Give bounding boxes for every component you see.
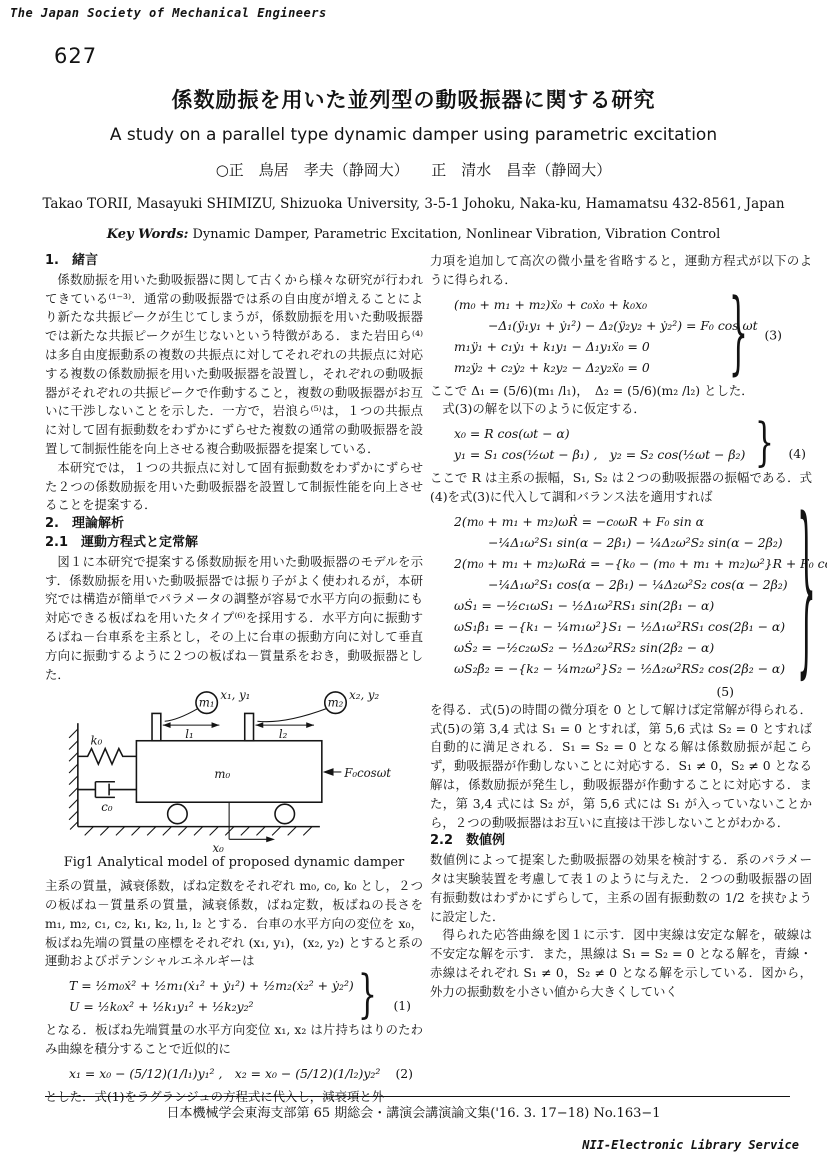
right-column: 力項を追加して高次の微小量を省略すると，運動方程式が以下のように得られる． (m… [430, 252, 812, 1002]
equation-5-line: −¼Δ₁ω²S₁ sin(α − 2β₁) − ¼Δ₂ω²S₂ sin(α − … [454, 532, 796, 553]
equation-5-line: −¼Δ₁ω²S₁ cos(α − 2β₁) − ¼Δ₂ω²S₂ cos(α − … [454, 574, 796, 595]
equation-5-line: ωS₂β̇₂ = −{k₂ − ¼m₂ω²}S₂ − ½Δ₂ω²RS₂ cos(… [454, 658, 796, 679]
page-number: 627 [54, 44, 97, 68]
wheel-right [275, 805, 295, 825]
equation-5-line: 2(m₀ + m₁ + m₂)ωRα̇ = −{k₀ − (m₀ + m₁ + … [454, 553, 796, 574]
left-column: 1. 緒言 係数励振を用いた動吸振器に関して古くから様々な研究が行われてきている… [45, 252, 423, 1107]
force-label: F₀cosωt [343, 766, 391, 780]
x0-label: x₀ [213, 841, 225, 852]
equation-1: T = ½m₀ẋ² + ½m₁(ẋ₁² + ẏ₁²) + ½m₂(ẋ₂² + ẏ… [45, 975, 423, 1017]
equation-4: x₀ = R cos(ωt − α) y₁ = S₁ cos(½ωt − β₁)… [430, 423, 812, 465]
right-paragraph-5: を得る．式(5)の時間の微分項を 0 として解けば定常解が得られる．式(5)の第… [430, 701, 812, 833]
cart-m0-label: m₀ [214, 767, 230, 781]
nii-library-service-note: NII-Electronic Library Service [582, 1138, 799, 1152]
equation-4-line: y₁ = S₁ cos(½ωt − β₁) , y₂ = S₂ cos(½ωt … [454, 444, 748, 465]
section-2-1-paragraph-2: 主系の質量，減衰係数，ばね定数をそれぞれ m₀, c₀, k₀ とし，２つの板ば… [45, 877, 423, 971]
mass-m1-label: m₁ [199, 696, 215, 710]
section-1-paragraph-1: 係数励振を用いた動吸振器に関して古くから様々な研究が行われてきている⁽¹⁻³⁾．… [45, 271, 423, 459]
keywords-label: Key Words: [107, 227, 189, 242]
equation-2: x₁ = x₀ − (5/12)(1/l₁)y₁² , x₂ = x₀ − (5… [45, 1063, 423, 1084]
leaf-spring-2 [245, 714, 254, 741]
figure1-caption: Fig1 Analytical model of proposed dynami… [45, 854, 423, 873]
equation-brace: } [729, 291, 748, 381]
equation-1-number: (1) [393, 997, 411, 1016]
equation-3: (m₀ + m₁ + m₂)ẍ₀ + c₀ẋ₀ + k₀x₀ −Δ₁(ÿ₁y₁ … [430, 294, 812, 378]
spring-k0 [78, 749, 137, 765]
right-paragraph-2: ここで Δ₁ = (5/6)(m₁ /l₁)， Δ₂ = (5/6)(m₂ /l… [430, 382, 812, 401]
right-paragraph-7: 得られた応答曲線を図１に示す．図中実線は安定な解を，破線は不安定な解を示す．また… [430, 926, 812, 1001]
equation-3-line: (m₀ + m₁ + m₂)ẍ₀ + c₀ẋ₀ + k₀x₀ [454, 294, 716, 315]
equation-brace: } [797, 502, 816, 688]
equation-5: 2(m₀ + m₁ + m₂)ωṘ = −c₀ωR + F₀ sin α −¼Δ… [430, 511, 812, 679]
right-paragraph-4: ここで R は主系の振幅，S₁, S₂ は２つの動吸振器の振幅である．式(4)を… [430, 469, 812, 507]
damper-c0 [78, 782, 137, 798]
right-paragraph-6: 数値例によって提案した動吸振器の効果を検討する．系のパラメータは実験装置を考慮し… [430, 851, 812, 926]
equation-2-line: x₁ = x₀ − (5/12)(1/l₁)y₁² , x₂ = x₀ − (5… [69, 1063, 383, 1084]
affiliation-line: Takao TORII, Masayuki SHIMIZU, Shizuoka … [0, 196, 827, 212]
length-l1-label: l₁ [185, 727, 193, 741]
paper-title-english: A study on a parallel type dynamic dampe… [0, 125, 827, 145]
society-header: The Japan Society of Mechanical Engineer… [10, 6, 327, 20]
equation-brace: } [358, 971, 377, 1022]
figure1: k₀ c₀ m₀ l₁ l₂ [45, 690, 423, 873]
leaf-spring-1 [152, 714, 161, 741]
equation-5-line: ωS₁β̇₁ = −{k₁ − ¼m₁ω²}S₁ − ½Δ₁ω²RS₁ cos(… [454, 616, 796, 637]
damper-c0-label: c₀ [101, 800, 113, 814]
paper-title-japanese: 係数励振を用いた並列型の動吸振器に関する研究 [0, 84, 827, 114]
wall-hatching [69, 729, 78, 830]
footer-proceedings-info: 日本機械学会東海支部第 65 期総会・講演会講演論文集('16. 3. 17−1… [0, 1102, 827, 1121]
equation-brace: } [755, 419, 774, 470]
section-2-1-paragraph-3: となる．板ばね先端質量の水平方向変位 x₁, x₂ は片持ちはりのたわみ曲線を積… [45, 1021, 423, 1059]
wheel-left [168, 805, 188, 825]
mass-m2-leader [257, 709, 326, 722]
section-2-1-heading: 2.1 運動方程式と定常解 [45, 534, 423, 553]
mass-m2-label: m₂ [328, 696, 344, 710]
mass-m1-leader [165, 709, 198, 722]
equation-5-number: (5) [430, 683, 812, 701]
section-2-heading: 2. 理論解析 [45, 515, 423, 534]
section-1-heading: 1. 緒言 [45, 252, 423, 271]
equation-3-line: m₂ÿ₂ + c₂ẏ₂ + k₂y₂ − Δ₂y₂ẍ₀ = 0 [454, 357, 716, 378]
coords-x1y1-label: x₁, y₁ [220, 690, 250, 702]
ground-hatching [85, 827, 312, 836]
figure1-diagram: k₀ c₀ m₀ l₁ l₂ [58, 690, 410, 852]
footer-divider [45, 1096, 790, 1097]
keywords-list: Dynamic Damper, Parametric Excitation, N… [188, 227, 720, 242]
keywords-line: Key Words: Dynamic Damper, Parametric Ex… [0, 227, 827, 242]
section-2-2-heading: 2.2 数値例 [430, 832, 812, 851]
section-1-paragraph-2: 本研究では，１つの共振点に対して固有振動数をわずかにずらせた２つの係数励振を用い… [45, 459, 423, 515]
section-2-1-paragraph-1: 図１に本研究で提案する係数励振を用いた動吸振器のモデルを示す．係数励振を用いた動… [45, 553, 423, 685]
equation-5-line: ωṠ₁ = −½c₁ωS₁ − ½Δ₁ω²RS₁ sin(2β₁ − α) [454, 595, 796, 616]
equation-5-line: 2(m₀ + m₁ + m₂)ωṘ = −c₀ωR + F₀ sin α [454, 511, 796, 532]
equation-4-number: (4) [788, 445, 806, 464]
right-paragraph-1: 力項を追加して高次の微小量を省略すると，運動方程式が以下のように得られる． [430, 252, 812, 290]
coords-x2y2-label: x₂, y₂ [349, 690, 379, 702]
spring-k0-label: k₀ [91, 734, 103, 748]
x0-arrowhead [266, 837, 275, 843]
equation-2-number: (2) [395, 1065, 413, 1084]
equation-4-line: x₀ = R cos(ωt − α) [454, 423, 748, 444]
document-page: The Japan Society of Mechanical Engineer… [0, 0, 827, 1170]
authors-line: ○正 鳥居 孝夫（静岡大） 正 清水 昌幸（静岡大） [0, 159, 827, 180]
equation-1-line: T = ½m₀ẋ² + ½m₁(ẋ₁² + ẏ₁²) + ½m₂(ẋ₂² + ẏ… [69, 975, 339, 996]
equation-3-line: −Δ₁(ÿ₁y₁ + ẏ₁²) − Δ₂(ÿ₂y₂ + ẏ₂²) = F₀ co… [454, 315, 716, 336]
equation-3-number: (3) [764, 326, 782, 345]
equation-5-line: ωṠ₂ = −½c₂ωS₂ − ½Δ₂ω²RS₂ sin(2β₂ − α) [454, 637, 796, 658]
length-l2-label: l₂ [279, 727, 288, 741]
equation-1-line: U = ½k₀x² + ½k₁y₁² + ½k₂y₂² [69, 996, 339, 1017]
equation-3-line: m₁ÿ₁ + c₁ẏ₁ + k₁y₁ − Δ₁y₁ẍ₀ = 0 [454, 336, 716, 357]
force-arrowhead [323, 768, 334, 776]
